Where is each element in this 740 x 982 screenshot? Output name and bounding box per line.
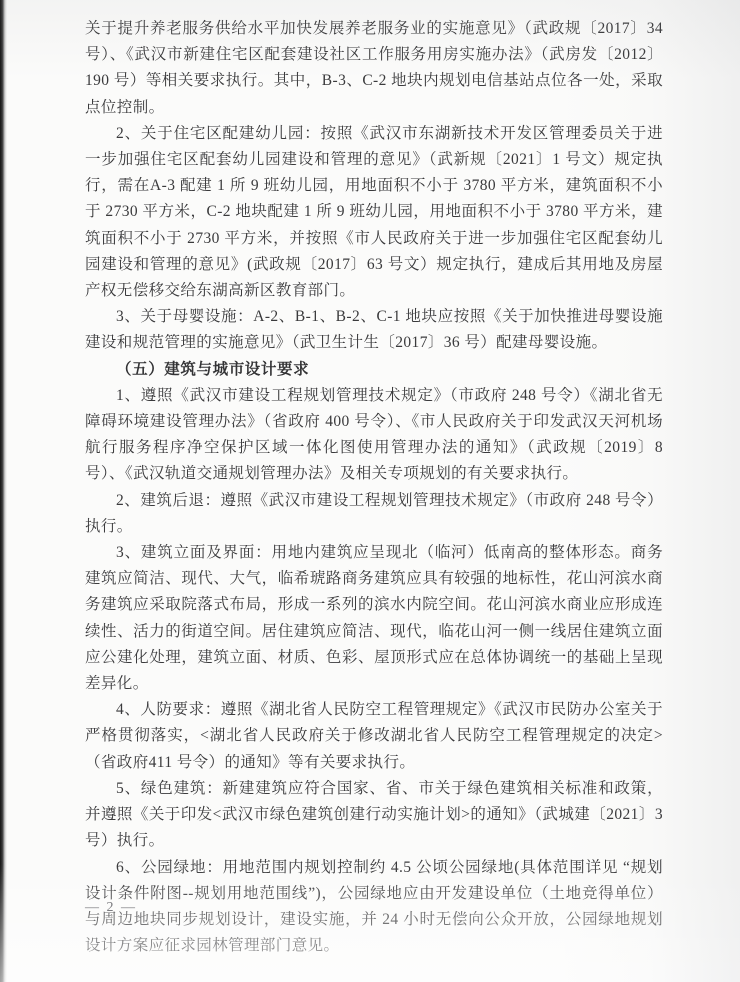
paragraph: 3、建筑立面及界面：用地内建筑应呈现北（临河）低南高的整体形态。商务建筑应简洁、…: [85, 540, 663, 697]
section-heading: （五）建筑与城市设计要求: [85, 357, 663, 383]
scan-edge-artifact: [0, 0, 7, 982]
page-number: — 2 —: [85, 900, 137, 916]
paragraph: 5、绿色建筑：新建建筑应符合国家、省、市关于绿色建筑相关标准和政策，并遵照《关于…: [85, 776, 663, 855]
paragraph: 3、关于母婴设施：A-2、B-1、B-2、C-1 地块应按照《关于加快推进母婴设…: [85, 304, 663, 356]
paragraph: 4、人防要求：遵照《湖北省人民防空工程管理规定》《武汉市民防办公室关于严格贯彻落…: [85, 697, 663, 776]
document-text-body: 关于提升养老服务供给水平加快发展养老服务业的实施意见》（武政规〔2017〕34 …: [85, 16, 663, 959]
paragraph: 2、建筑后退：遵照《武汉市建设工程规划管理技术规定》（市政府 248 号令）执行…: [85, 488, 663, 540]
paragraph: 关于提升养老服务供给水平加快发展养老服务业的实施意见》（武政规〔2017〕34 …: [85, 16, 663, 121]
paragraph: 6、公园绿地：用地范围内规划控制约 4.5 公顷公园绿地(具体范围详见 “规划设…: [85, 855, 663, 960]
paragraph: 2、关于住宅区配建幼儿园：按照《武汉市东湖新技术开发区管理委员关于进一步加强住宅…: [85, 121, 663, 304]
paragraph: 1、遵照《武汉市建设工程规划管理技术规定》（市政府 248 号令）《湖北省无障碍…: [85, 383, 663, 488]
